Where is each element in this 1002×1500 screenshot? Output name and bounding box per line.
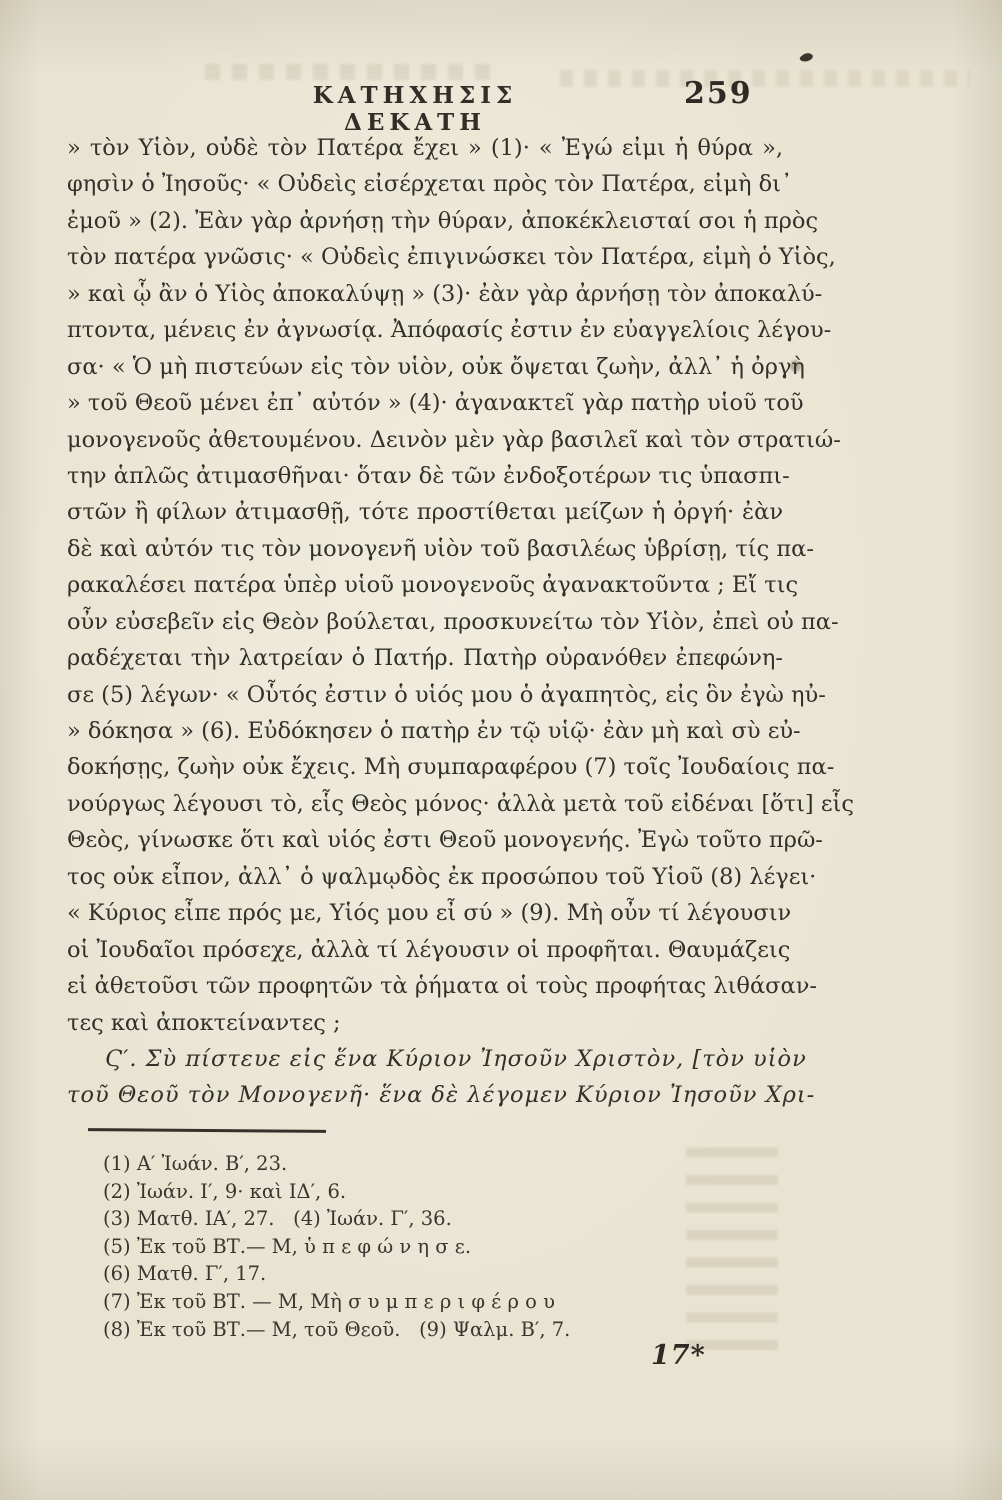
page-number: 259 (684, 76, 784, 111)
showthrough-smudge (686, 1142, 778, 1350)
body-line: Θεὸς, γίνωσκε ὅτι καὶ υἱός ἐστι Θεοῦ μον… (67, 822, 783, 858)
body-line: « Κύριος εἶπε πρός με, Υἱός μου εἶ σύ » … (67, 895, 783, 931)
body-line: » τοῦ Θεοῦ μένει ἐπ᾽ αὐτόν » (4)· ἀγανακ… (67, 385, 783, 421)
body-line: οὖν εὐσεβεῖν εἰς Θεὸν βούλεται, προσκυνε… (67, 604, 783, 640)
showthrough-smudge (205, 64, 495, 80)
body-line: δοκήσῃς, ζωὴν οὐκ ἔχεις. Μὴ συμπαραφέρου… (67, 749, 783, 785)
body-line: Ϛ′. Σὺ πίστευε εἰς ἕνα Κύριον Ἰησοῦν Χρι… (67, 1041, 783, 1077)
body-line: σε (5) λέγων· « Οὗτός ἐστιν ὁ υἱός μου ὁ… (67, 677, 783, 713)
scanned-book-page: ΚΑΤΗΧΗΣΙΣ ΔΕΚΑΤΗ 259 » τὸν Υἱὸν, οὐδὲ τὸ… (0, 0, 1002, 1500)
footnote-line: (7) Ἐκ τοῦ ΒΤ. — Μ, Μὴ σ υ μ π ε ρ ι φ έ… (103, 1288, 663, 1316)
ink-speck (798, 51, 814, 63)
signature-mark: 17* (651, 1340, 706, 1371)
body-line: τοῦ Θεοῦ τὸν Μονογενῆ· ἕνα δὲ λέγομεν Κύ… (67, 1077, 783, 1113)
body-line: τες καὶ ἀποκτείναντες ; (67, 1005, 783, 1041)
footnotes-block: (1) Α′ Ἰωάν. Β′, 23.(2) Ἰωάν. Ι′, 9· καὶ… (103, 1150, 663, 1343)
body-line: τος οὐκ εἶπον, ἀλλ᾽ ὁ ψαλμῳδὸς ἐκ προσώπ… (67, 859, 783, 895)
footnote-line: (2) Ἰωάν. Ι′, 9· καὶ ΙΔ′, 6. (103, 1178, 663, 1206)
body-line: τὸν πατέρα γνῶσις· « Οὐδεὶς ἐπιγινώσκει … (67, 239, 783, 275)
body-line: » καὶ ᾧ ἂν ὁ Υἱὸς ἀποκαλύψῃ » (3)· ἐὰν γ… (67, 276, 783, 312)
body-line: ἐμοῦ » (2). Ἐὰν γὰρ ἀρνήσῃ τὴν θύραν, ἀπ… (67, 203, 783, 239)
body-line: μονογενοῦς ἀθετουμένου. Δεινὸν μὲν γὰρ β… (67, 422, 783, 458)
body-line: πτοντα, μένεις ἐν ἀγνωσίᾳ. Ἀπόφασίς ἐστι… (67, 312, 783, 348)
footnote-line: (3) Ματθ. ΙΑ′, 27. (4) Ἰωάν. Γ′, 36. (103, 1205, 663, 1233)
body-line: στῶν ἢ φίλων ἀτιμασθῇ, τότε προστίθεται … (67, 494, 783, 530)
body-line: ραδέχεται τὴν λατρείαν ὁ Πατήρ. Πατὴρ οὐ… (67, 640, 783, 676)
footnote-line: (1) Α′ Ἰωάν. Β′, 23. (103, 1150, 663, 1178)
body-line: σα· « Ὁ μὴ πιστεύων εἰς τὸν υἱὸν, οὐκ ὄψ… (67, 349, 783, 385)
footnote-line: (8) Ἐκ τοῦ ΒΤ.— Μ, τοῦ Θεοῦ. (9) Ψαλμ. Β… (103, 1316, 663, 1344)
body-line: εἰ ἀθετοῦσι τῶν προφητῶν τὰ ῥήματα οἱ το… (67, 968, 783, 1004)
body-line: την ἁπλῶς ἀτιμασθῆναι· ὅταν δὲ τῶν ἐνδοξ… (67, 458, 783, 494)
running-title: ΚΑΤΗΧΗΣΙΣ ΔΕΚΑΤΗ (240, 82, 590, 136)
body-line: οἱ Ἰουδαῖοι πρόσεχε, ἀλλὰ τί λέγουσιν οἱ… (67, 932, 783, 968)
body-line: ρακαλέσει πατέρα ὑπὲρ υἱοῦ μονογενοῦς ἀγ… (67, 567, 783, 603)
body-text: » τὸν Υἱὸν, οὐδὲ τὸν Πατέρα ἔχει » (1)· … (67, 130, 783, 1114)
footnote-line: (5) Ἐκ τοῦ ΒΤ.— Μ, ὑ π ε φ ώ ν η σ ε. (103, 1233, 663, 1261)
footnote-line: (6) Ματθ. Γ′, 17. (103, 1260, 663, 1288)
body-line: » τὸν Υἱὸν, οὐδὲ τὸν Πατέρα ἔχει » (1)· … (67, 130, 783, 166)
body-line: νούργως λέγουσι τὸ, εἷς Θεὸς μόνος· ἀλλὰ… (67, 786, 783, 822)
footnote-rule (88, 1128, 326, 1133)
body-line: φησὶν ὁ Ἰησοῦς· « Οὐδεὶς εἰσέρχεται πρὸς… (67, 166, 783, 202)
body-line: δὲ καὶ αὐτόν τις τὸν μονογενῆ υἱὸν τοῦ β… (67, 531, 783, 567)
body-line: » δόκησα » (6). Εὐδόκησεν ὁ πατὴρ ἐν τῷ … (67, 713, 783, 749)
